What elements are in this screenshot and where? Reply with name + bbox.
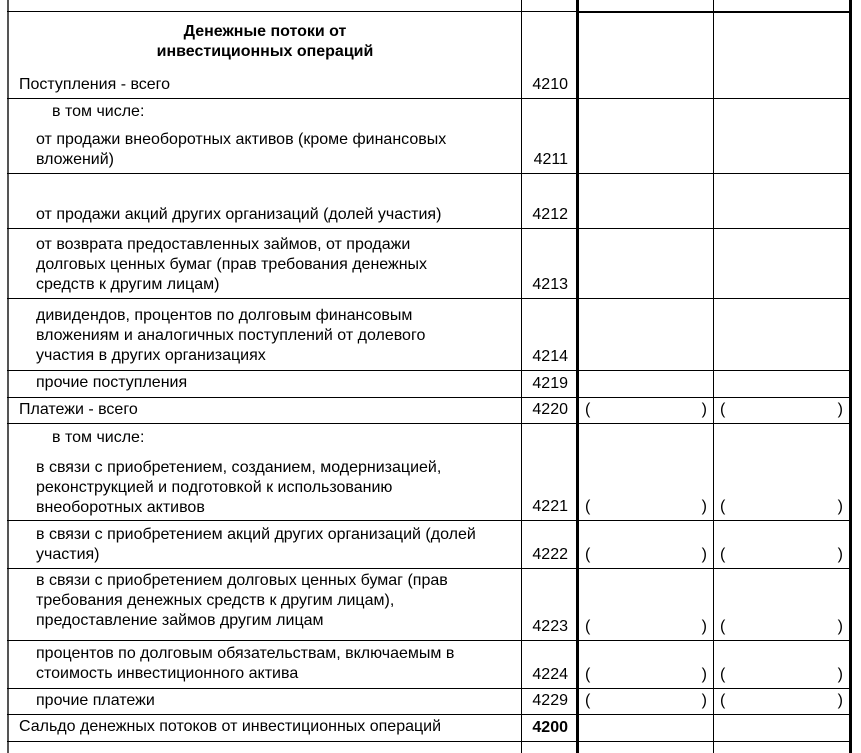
row-label: Поступления - всего [19,75,170,95]
row-label: процентов по долговым обязательствам, вк… [36,644,454,664]
row-code: 4229 [522,691,568,711]
row-code: 4223 [522,617,568,637]
value-cell-previous[interactable]: () [714,688,849,714]
value-cell-previous[interactable] [714,123,849,173]
value-cell-previous[interactable] [714,98,849,123]
heading-line-2: инвестиционных операций [10,42,520,62]
row-label: от продажи внеоборотных активов (кроме ф… [36,130,446,150]
paren-open: ( [585,545,590,565]
paren-open: ( [720,545,725,565]
paren-open: ( [585,691,590,711]
row-label: реконструкцией и подготовкой к использов… [36,478,392,498]
value-cell-current[interactable] [579,298,713,370]
value-cell-current[interactable] [579,423,713,449]
paren-close: ) [702,545,707,565]
value-cell-current[interactable] [579,714,713,741]
row-code: 4210 [522,75,568,95]
row-label: в связи с приобретением, созданием, моде… [36,458,441,478]
paren-close: ) [838,691,843,711]
paren-open: ( [720,617,725,637]
row-label: участия в других организациях [36,346,266,366]
value-cell-current[interactable] [579,123,713,173]
row-label: прочие поступления [36,373,187,393]
cash-flow-investing-table: Денежные потоки от инвестиционных операц… [0,0,861,753]
row-label: в том числе: [52,428,144,448]
row-code: 4224 [522,665,568,685]
value-cell-previous[interactable] [714,370,849,397]
value-cell-previous[interactable] [714,228,849,298]
row-label: участия) [36,545,100,565]
row-code: 4214 [522,347,568,367]
row-code: 4221 [522,497,568,517]
paren-close: ) [702,617,707,637]
value-cell-current[interactable]: () [579,688,713,714]
paren-open: ( [585,665,590,685]
row-label: Сальдо денежных потоков от инвестиционны… [19,717,441,737]
paren-open: ( [720,691,725,711]
paren-close: ) [838,545,843,565]
value-cell-previous[interactable] [714,11,849,98]
paren-open: ( [720,497,725,517]
section-heading: Денежные потоки от инвестиционных операц… [10,22,520,62]
value-cell-previous[interactable] [714,714,849,741]
row-label: Платежи - всего [19,400,138,420]
row-label: в связи с приобретением акций других орг… [36,525,476,545]
value-cell-previous[interactable] [714,173,849,228]
row-code: 4220 [522,400,568,420]
value-cell-current[interactable]: () [579,449,713,520]
paren-close: ) [838,665,843,685]
value-cell-current[interactable]: () [579,568,713,640]
paren-close: ) [838,617,843,637]
table-top-border [7,11,577,12]
value-cell-previous[interactable]: () [714,520,849,568]
value-cell-current[interactable]: () [579,397,713,423]
paren-open: ( [585,400,590,420]
value-cell-previous[interactable]: () [714,449,849,520]
paren-close: ) [838,497,843,517]
value-cell-current[interactable] [579,228,713,298]
value-cell-previous[interactable]: () [714,397,849,423]
value-cell-current[interactable] [579,11,713,98]
row-label: стоимость инвестиционного актива [36,664,298,684]
value-cell-previous[interactable]: () [714,568,849,640]
row-label: от возврата предоставленных займов, от п… [36,235,410,255]
paren-close: ) [702,691,707,711]
row-label: требования денежных средств к другим лиц… [36,591,394,611]
row-label: дивидендов, процентов по долговым финанс… [36,306,412,326]
row-label: в том числе: [52,102,144,122]
row-label: средств к другим лицам) [36,275,219,295]
row-divider [7,741,852,742]
row-label: долговых ценных бумаг (прав требования д… [36,255,427,275]
value-cell-current[interactable]: () [579,640,713,688]
row-label: прочие платежи [36,691,155,711]
row-label: в связи с приобретением долговых ценных … [36,571,448,591]
paren-open: ( [720,400,725,420]
value-cell-previous[interactable] [714,423,849,449]
row-code: 4213 [522,275,568,295]
row-code: 4212 [522,205,568,225]
row-code: 4200 [522,718,568,738]
row-label: предоставление займов другим лицам [36,611,324,631]
row-code: 4222 [522,545,568,565]
paren-close: ) [702,665,707,685]
value-cell-current[interactable] [579,98,713,123]
paren-close: ) [838,400,843,420]
value-cell-current[interactable] [579,173,713,228]
row-code: 4219 [522,374,568,394]
paren-open: ( [585,497,590,517]
row-label: вложений) [36,150,114,170]
row-code: 4211 [522,150,568,170]
heading-line-1: Денежные потоки от [10,22,520,42]
row-label: вложениям и аналогичных поступлений от д… [36,326,425,346]
paren-close: ) [702,400,707,420]
value-cell-previous[interactable]: () [714,640,849,688]
row-label: от продажи акций других организаций (дол… [36,205,441,225]
paren-open: ( [720,665,725,685]
value-cell-previous[interactable] [714,298,849,370]
paren-open: ( [585,617,590,637]
row-label: внеоборотных активов [36,498,205,518]
paren-close: ) [702,497,707,517]
value-cell-current[interactable] [579,370,713,397]
value-cell-current[interactable]: () [579,520,713,568]
